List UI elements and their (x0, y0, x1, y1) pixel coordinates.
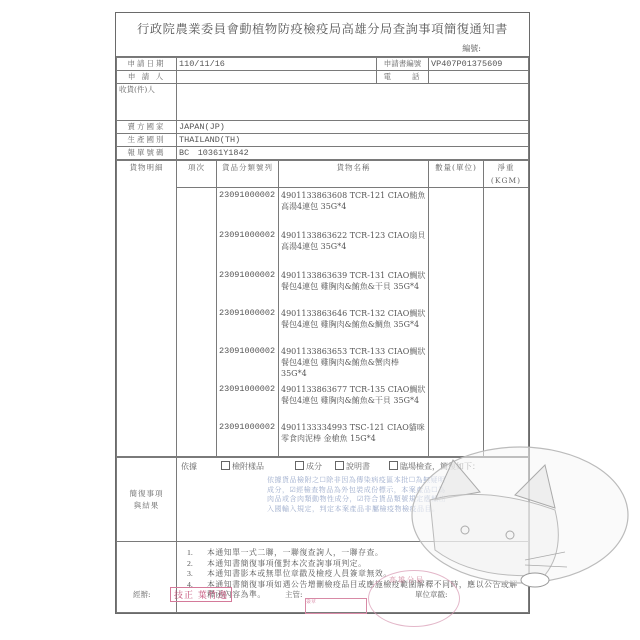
net-weight-cell (484, 344, 529, 382)
item-no-cell (177, 306, 217, 344)
consignee-label: 收貨(件)人 (117, 84, 177, 121)
checkbox-icon[interactable] (295, 461, 304, 470)
net-weight-cell (484, 188, 529, 229)
checkbox-icon[interactable] (221, 461, 230, 470)
phone-value (429, 71, 529, 84)
quantity-cell (429, 344, 484, 382)
table-row: 230910000024901133863653 TCR-133 CIAO鯛狀餐… (117, 344, 529, 382)
result-stamp-text: 依據貨品檢附之☐除非因為傳染病疫區本批☐為無疑明成分，☑經檢查物品為外包裝成份標… (267, 476, 447, 514)
note-item: 3.本通知書影本或無單位章戳及檢疫人員簽章無效。 (187, 569, 524, 580)
checkbox-icon[interactable] (335, 461, 344, 470)
option-manual[interactable]: 說明書 (335, 461, 370, 472)
quantity-cell (429, 382, 484, 420)
hs-code-cell: 23091000002 (217, 268, 279, 306)
item-no-cell (177, 188, 217, 229)
consignee-value (177, 84, 529, 121)
table-row: 230910000024901133863639 TCR-131 CIAO鯛狀餐… (117, 268, 529, 306)
bill-no: BC 10361Y1842 (177, 147, 529, 160)
note-text: 本通知書簡復事項僅對本次查詢事項判定。 (207, 559, 524, 570)
applicant-value (177, 71, 377, 84)
signature-footer: 經辦: 技正 葉竹逸 主管: 簽章 單位章戳: (115, 586, 530, 616)
note-text: 本通知單一式二聯，一聯復查詢人，一聯存查。 (207, 548, 524, 559)
goods-name-cell: 4901133863608 TCR-121 CIAO鮪魚高湯4連包 35G*4 (279, 188, 429, 229)
goods-section-label: 貨物明細 (117, 161, 177, 457)
reply-content: 依據 檢附樣品 成分 說明書 臨場檢查，簡復如下： 依據貨品檢附之☐除非因為傳染… (177, 458, 529, 542)
goods-name-cell: 4901133863677 TCR-135 CIAO鯛狀餐包4連包 雞胸肉&鮪魚… (279, 382, 429, 420)
document-title: 行政院農業委員會動植物防疫檢疫局高雄分局查詢事項簡復通知書 (116, 20, 529, 37)
hs-code-cell: 23091000002 (217, 188, 279, 229)
supervisor-label: 主管: (285, 589, 303, 600)
item-no-cell (177, 228, 217, 268)
column-header-hs-code: 貨品分類號列 (217, 161, 279, 188)
net-weight-cell (484, 306, 529, 344)
note-item: 1.本通知單一式二聯，一聯復查詢人，一聯存查。 (187, 548, 524, 559)
note-number: 1. (187, 548, 207, 559)
net-weight-cell (484, 382, 529, 420)
item-no-cell (177, 268, 217, 306)
option-onsite-inspection[interactable]: 臨場檢查，簡復如下： (389, 461, 480, 472)
supervisor-stamp: 簽章 (305, 598, 367, 614)
item-no-cell (177, 382, 217, 420)
quantity-cell (429, 268, 484, 306)
note-text: 本通知書影本或無單位章戳及檢疫人員簽章無效。 (207, 569, 524, 580)
applicant-table: 申請日期 110/11/16 申請書編號 VP407P01375609 申 請 … (116, 57, 529, 160)
reply-section-label: 簡復事項與結果 (117, 458, 177, 542)
goods-name-cell: 4901133334993 TSC-121 CIAO貓咪零食肉泥棒 金槍魚 15… (279, 420, 429, 457)
unit-seal-stamp: 高雄分局 (368, 570, 460, 627)
table-row: 230910000024901133863622 TCR-123 CIAO扇貝高… (117, 228, 529, 268)
option-sample[interactable]: 檢附樣品 (221, 461, 264, 472)
inquiry-reply-notice: 行政院農業委員會動植物防疫檢疫局高雄分局查詢事項簡復通知書 編號: 申請日期 1… (115, 12, 530, 614)
application-date: 110/11/16 (177, 58, 377, 71)
net-weight-cell (484, 228, 529, 268)
application-no: VP407P01375609 (429, 58, 529, 71)
goods-name-cell: 4901133863653 TCR-133 CIAO鯛狀餐包4連包 雞胸肉&鮪魚… (279, 344, 429, 382)
application-no-label: 申請書編號 (377, 58, 429, 71)
quantity-cell (429, 228, 484, 268)
checkbox-icon[interactable] (389, 461, 398, 470)
quantity-cell (429, 420, 484, 457)
hs-code-cell: 23091000002 (217, 420, 279, 457)
net-weight-cell (484, 268, 529, 306)
goods-name-cell: 4901133863622 TCR-123 CIAO扇貝高湯4連包 35G*4 (279, 228, 429, 268)
applicant-label: 申 請 人 (117, 71, 177, 84)
column-header-item-no: 項次 (177, 161, 217, 188)
table-row: 230910000024901133863677 TCR-135 CIAO鯛狀餐… (117, 382, 529, 420)
table-row: 230910000024901133863646 TCR-132 CIAO鯛狀餐… (117, 306, 529, 344)
handler-label: 經辦: (133, 589, 151, 600)
hs-code-cell: 23091000002 (217, 382, 279, 420)
item-no-cell (177, 420, 217, 457)
column-header-goods-name: 貨物名稱 (279, 161, 429, 188)
goods-table: 貨物明細 項次 貨品分類號列 貨物名稱 數量(單位) 淨重(KGM) 23091… (116, 160, 529, 457)
note-number: 2. (187, 559, 207, 570)
origin-country-label: 生產國別 (117, 134, 177, 147)
hs-code-cell: 23091000002 (217, 344, 279, 382)
serial-number-label: 編號: (462, 43, 481, 54)
phone-label: 電 話 (377, 71, 429, 84)
hs-code-cell: 23091000002 (217, 228, 279, 268)
origin-country: THAILAND(TH) (177, 134, 529, 147)
column-header-quantity: 數量(單位) (429, 161, 484, 188)
application-date-label: 申請日期 (117, 58, 177, 71)
title-block: 行政院農業委員會動植物防疫檢疫局高雄分局查詢事項簡復通知書 編號: (116, 13, 529, 57)
quantity-cell (429, 306, 484, 344)
column-header-net-weight: 淨重(KGM) (484, 161, 529, 188)
net-weight-cell (484, 420, 529, 457)
table-row: 230910000024901133863608 TCR-121 CIAO鮪魚高… (117, 188, 529, 229)
handler-stamp: 技正 葉竹逸 (170, 587, 232, 602)
note-item: 2.本通知書簡復事項僅對本次查詢事項判定。 (187, 559, 524, 570)
bill-no-label: 報單號碼 (117, 147, 177, 160)
note-number: 3. (187, 569, 207, 580)
seller-country: JAPAN(JP) (177, 121, 529, 134)
table-row: 230910000024901133334993 TSC-121 CIAO貓咪零… (117, 420, 529, 457)
goods-name-cell: 4901133863639 TCR-131 CIAO鯛狀餐包4連包 雞胸肉&鮪魚… (279, 268, 429, 306)
basis-label: 依據 (181, 461, 197, 472)
option-ingredients[interactable]: 成分 (295, 461, 322, 472)
quantity-cell (429, 188, 484, 229)
seller-country-label: 賣方國家 (117, 121, 177, 134)
goods-name-cell: 4901133863646 TCR-132 CIAO鯛狀餐包4連包 雞胸肉&鮪魚… (279, 306, 429, 344)
hs-code-cell: 23091000002 (217, 306, 279, 344)
item-no-cell (177, 344, 217, 382)
